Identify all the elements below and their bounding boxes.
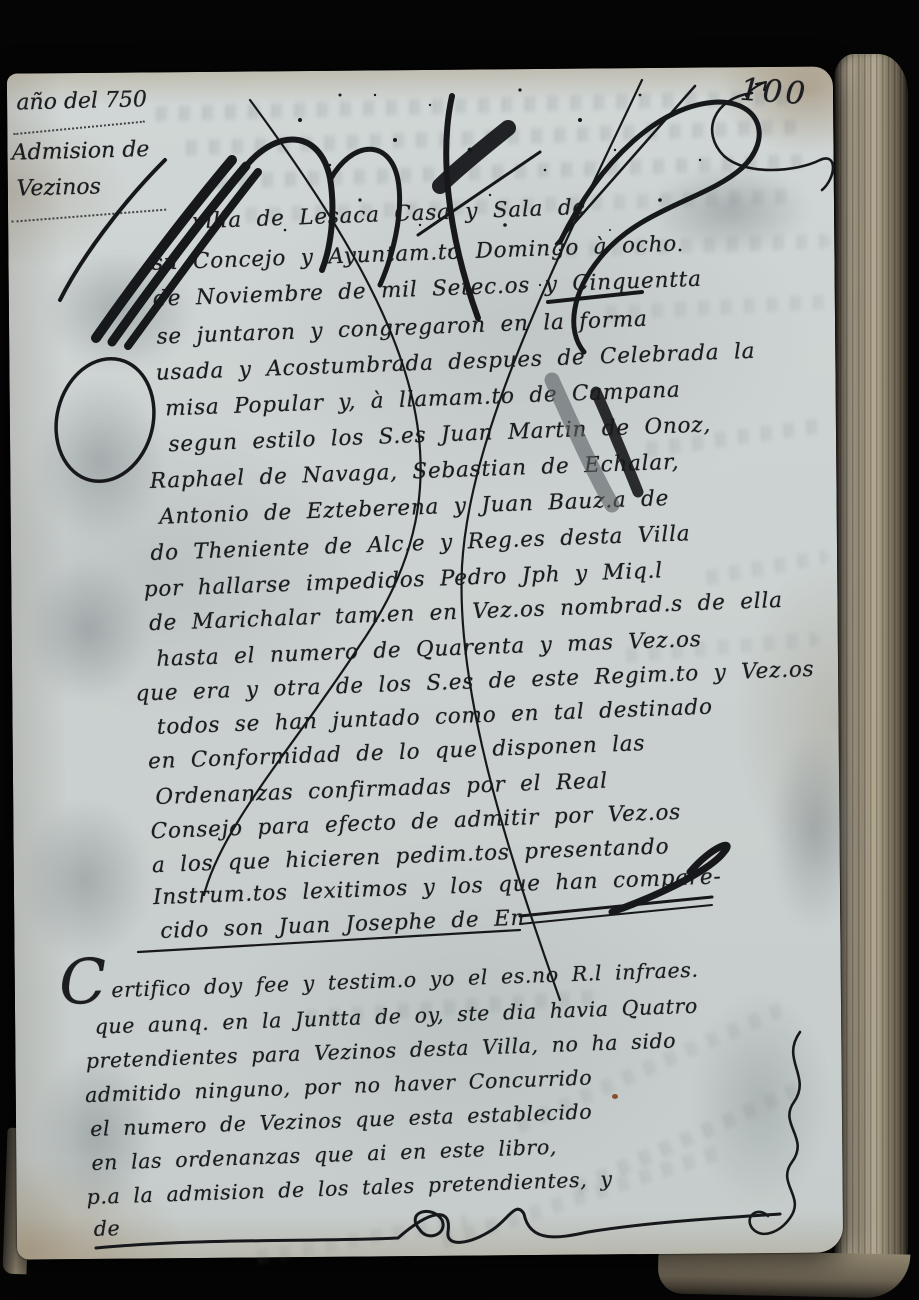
- record-line: misa Popular y, à llamam.to de Campana: [165, 378, 681, 422]
- certification-line: el numero de Vezinos que esta establecid…: [90, 1099, 593, 1141]
- certification-line: admitido ninguno, por no haver Concurrid…: [85, 1065, 593, 1107]
- margin-heading-line1: Admision de: [11, 137, 149, 166]
- record-line: su Concejo y Ayuntam.to Domingo à ocho: [151, 232, 677, 276]
- record-line: Raphael de Navaga, Sebastian de Echalar,: [149, 450, 679, 494]
- certification-line: p.a la admision de los tales pretendient…: [86, 1167, 613, 1209]
- certification-initial: C: [58, 950, 108, 1014]
- certification-line: en las ordenanzas que ai en este libro,: [91, 1135, 557, 1175]
- certification-closing-word: de: [93, 1216, 120, 1241]
- record-line: Ordenanzas confirmadas por el Real: [155, 768, 608, 810]
- bleed-blob: [20, 800, 150, 960]
- margin-dotted-rule: [13, 121, 145, 136]
- record-line: Antonio de Ezteberena y Juan Bauz.a de: [159, 486, 670, 530]
- photo-backdrop: año del 750 Admision de Vezinos 100 vill…: [0, 0, 919, 1300]
- bleed-blob: [28, 560, 148, 700]
- margin-year-note: año del 750: [16, 87, 147, 115]
- record-line: de Noviembre de mil Setec.os y Cinquentt…: [153, 267, 702, 312]
- folio-number: 100: [739, 72, 810, 113]
- record-paragraph: villa de Lesaca Casa y Sala de su Concej…: [118, 185, 869, 971]
- margin-heading-line2: Vezinos: [16, 174, 101, 201]
- record-line: se juntaron y congregaron en la forma: [156, 307, 648, 350]
- rust-fleck: [612, 1094, 618, 1099]
- book-bottom-edge: [658, 1249, 911, 1298]
- certification-paragraph: C ertifico doy fee y testim.o yo el es.n…: [58, 923, 852, 1260]
- certification-line: ertifico doy fee y testim.o yo el es.no …: [111, 958, 699, 1002]
